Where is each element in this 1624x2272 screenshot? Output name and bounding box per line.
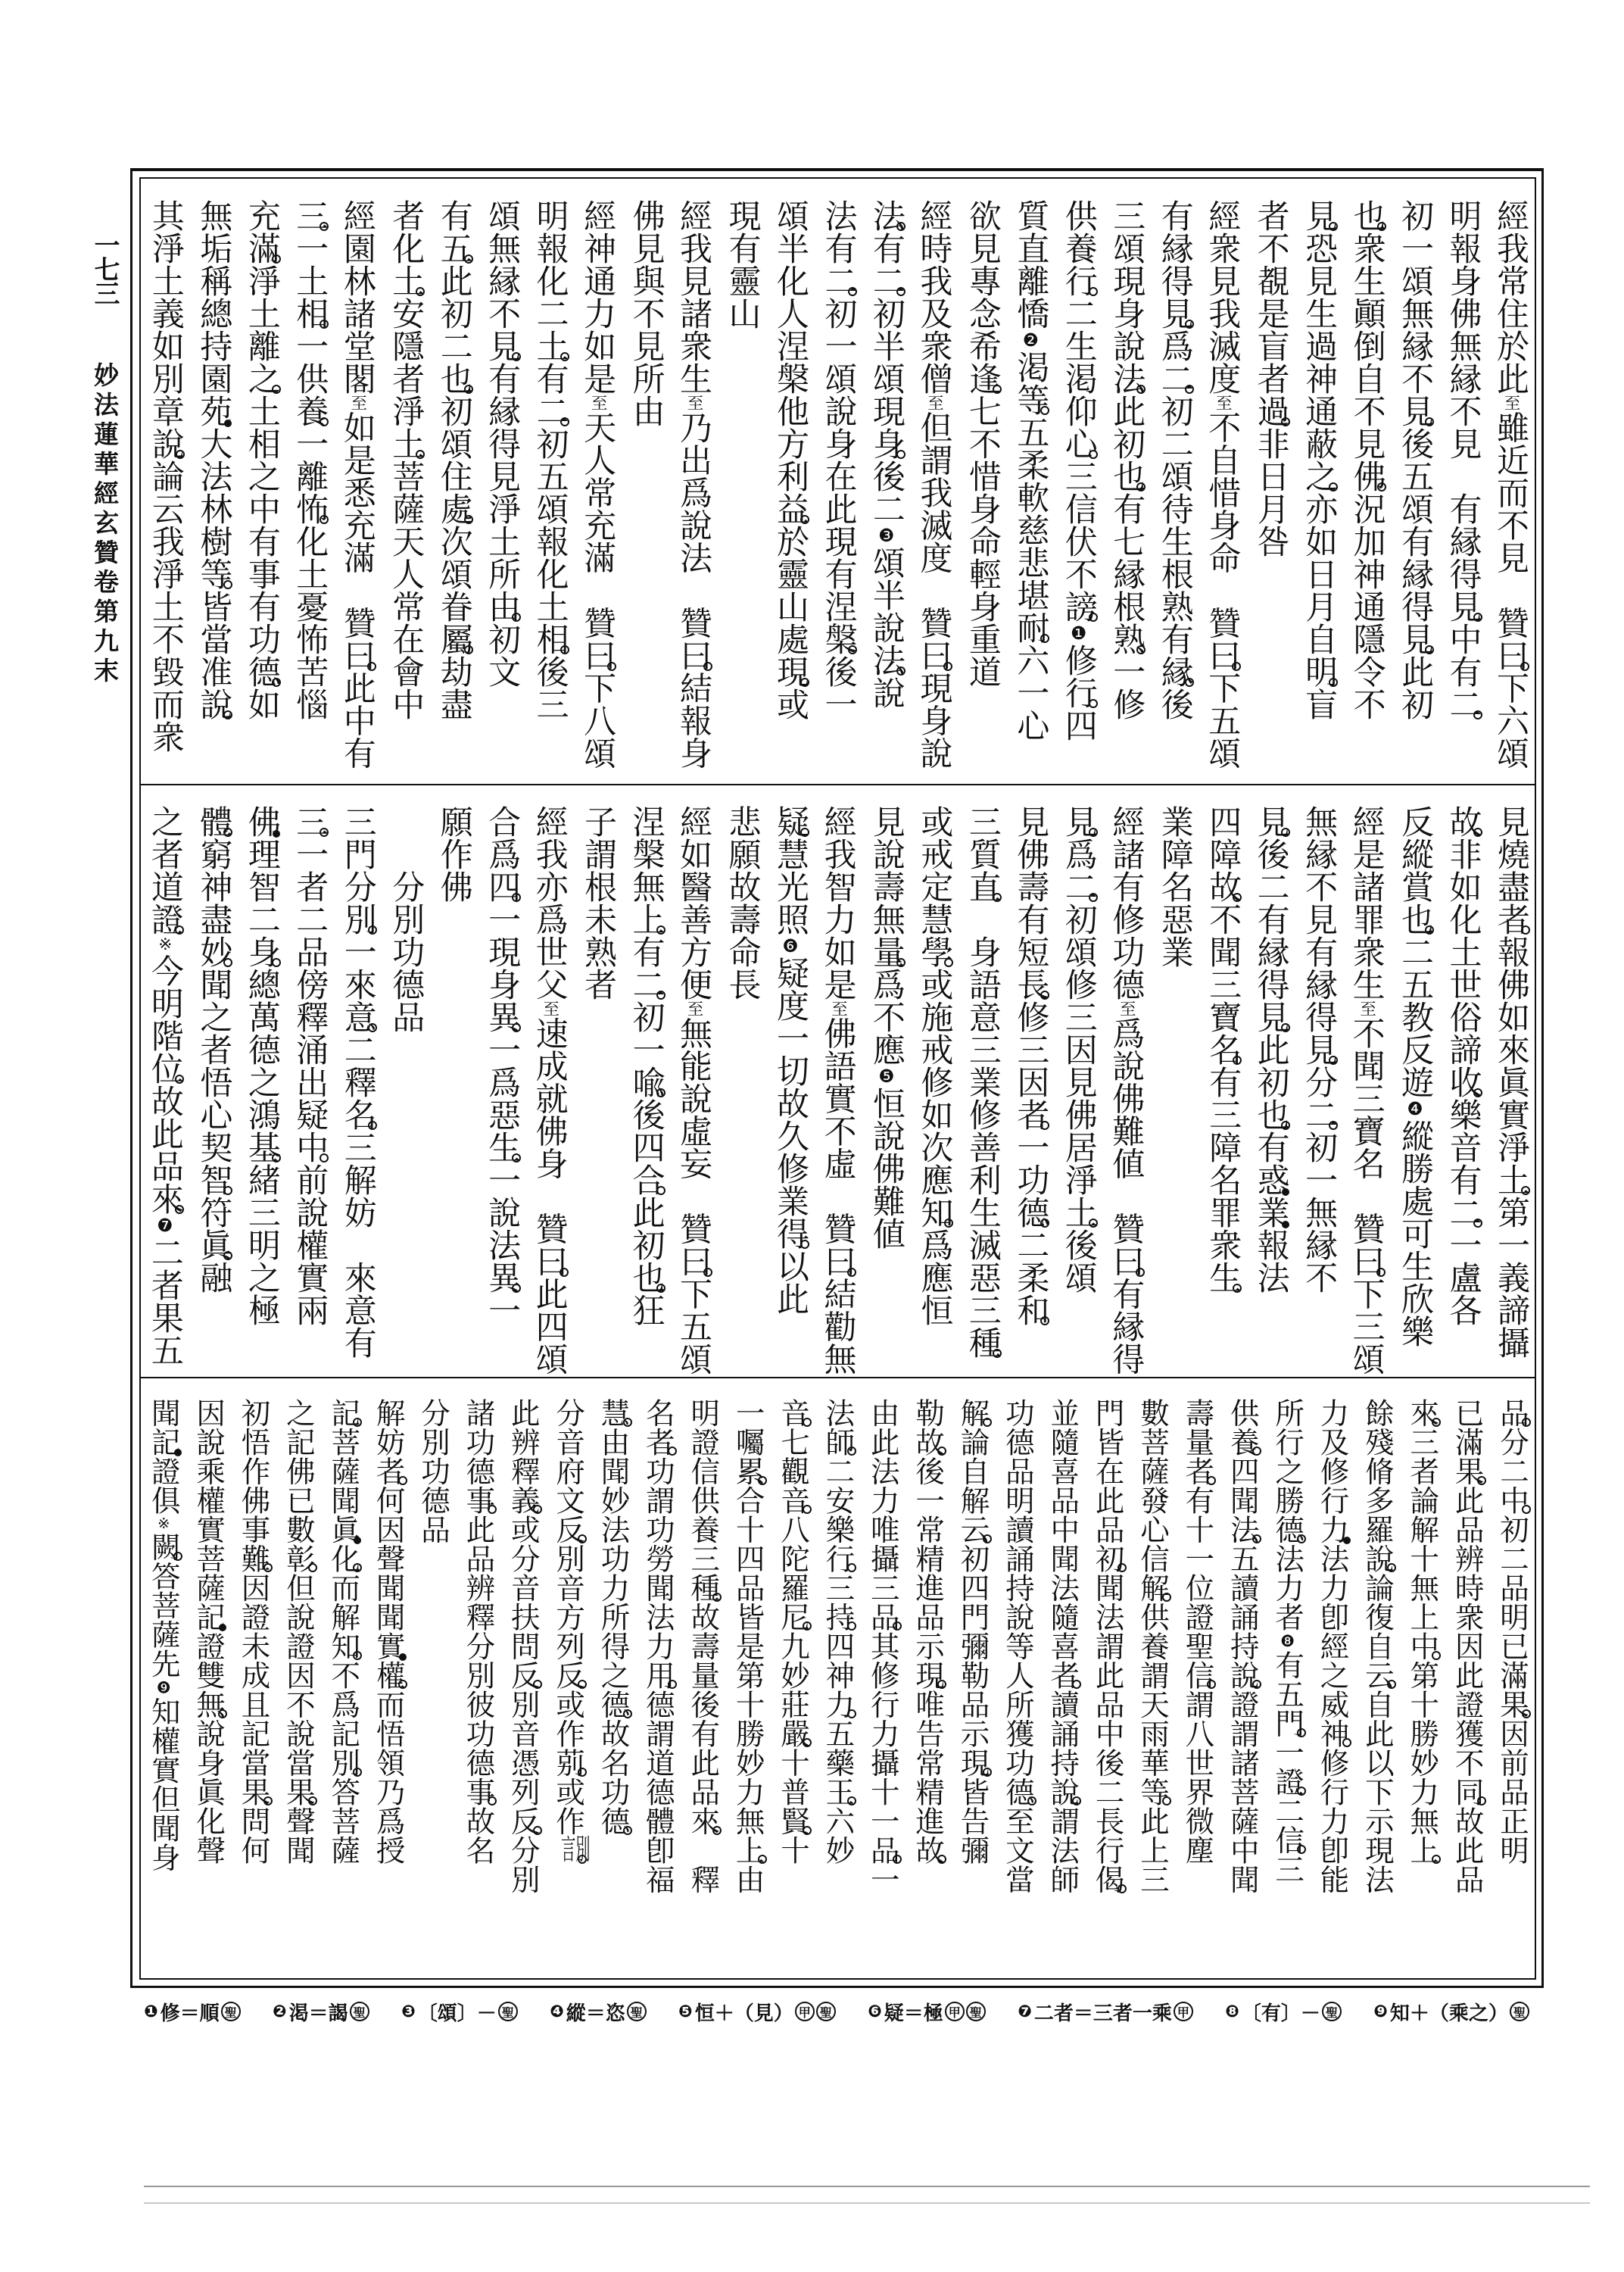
- text-column: 子謂根未熟者: [574, 805, 622, 1377]
- text-column: 明報化二土。有二。初五頌報化土相。後三: [525, 199, 573, 784]
- text-column: 壽量者。有十一位證聖信。謂八世界微塵: [1175, 1398, 1220, 1977]
- footnote-marker: ❻: [780, 935, 801, 957]
- text-column: 之者道證。※今明階位。故此品來。❼二者果五: [141, 805, 189, 1377]
- text-column: 功德品明讀誦持說等人所獲功德。至文當: [996, 1398, 1040, 1977]
- text-column: 疑。慧光照❻疑度一切故久修業得。以此: [766, 805, 814, 1377]
- footnote-number: ❶: [144, 2002, 158, 2021]
- footnote-marker: ❺: [876, 1066, 897, 1087]
- text-column: 明報身佛無縁不見 有縁得見。中有二。: [1439, 199, 1486, 784]
- text-column: 有縁得見。爲二。初二頌待生根熟有縁。後: [1150, 199, 1198, 784]
- abbreviation-mark: 至: [828, 1000, 847, 1017]
- text-column: 經園林諸堂閣至如是悉充滿 贊曰。此中有: [333, 199, 381, 784]
- footnote: ❼ 二者＝三者一乘 甲: [1018, 1998, 1193, 2026]
- text-column: 見燒盡者。報佛如來眞實淨土。第一義諦攝: [1487, 805, 1535, 1377]
- text-column: 餘殘脩多羅說。論復自云。自此以下示現法: [1355, 1398, 1400, 1977]
- abbreviation-mark: 至: [588, 395, 607, 411]
- text-column: 反縱賞也。二五教反遊❹縱勝處可生欣樂: [1391, 805, 1439, 1377]
- text-column: 經我亦爲世父至速成就佛身 贊曰。此四頌: [525, 805, 573, 1377]
- text-column: 經如醫善方便至無能說虛妄 贊曰。下五頌: [670, 805, 718, 1377]
- text-column: 經諸有修功德至爲說佛難値 贊曰。有縁得: [1102, 805, 1150, 1377]
- footnote-marker: ❼: [154, 1215, 176, 1236]
- chapter-heading: 分別功德品: [382, 805, 429, 1377]
- text-column: 有五。此初二也。初頌住處。次頌眷屬。劫盡: [429, 199, 477, 784]
- scan-artifact-line: [144, 2186, 1590, 2187]
- text-column: 音。七觀音。八陀羅尼。九妙莊嚴。十普賢。十: [771, 1398, 815, 1977]
- text-column: 見說壽無量。爲不應❺恒說佛難値: [862, 805, 909, 1377]
- text-column: 者化土。安隱者淨土。菩薩天人常在會中: [382, 199, 429, 784]
- register-middle: 見燒盡者。報佛如來眞實淨土。第一義諦攝 故。非如化土世俗諦收。樂音有二。一盧各 …: [141, 785, 1535, 1377]
- text-column: 合爲四。一現身異。一爲惡生。一說法異。一: [478, 805, 525, 1377]
- footnote-text: 修＝順: [161, 1998, 220, 2026]
- text-column: 欲見專念希逢。七不惜身命輕身重道: [958, 199, 1005, 784]
- footnote: ❻ 疑＝極 甲 聖: [868, 1998, 986, 2026]
- text-column: 名者。功謂功勞聞法力用。德謂道德體卽福: [636, 1398, 681, 1977]
- footnote-text: 渇＝謁: [289, 1998, 348, 2026]
- text-column: 一囑累。合十四品皆是第十勝妙力無上。由: [725, 1398, 770, 1977]
- text-column: 諸功德事。此品辨釋分別彼功德事。故名: [456, 1398, 500, 1977]
- text-column: 故。非如化土世俗諦收。樂音有二。一盧各: [1439, 805, 1486, 1377]
- text-column: 分音府文反。別音方列反。或作莂。或作言別。: [546, 1398, 591, 1977]
- edition-badge: 聖: [816, 2002, 836, 2021]
- text-column: 力及修行力・法力卽經之威神。修行力卽能: [1310, 1398, 1354, 1977]
- text-column: 頌無縁不見。有縁得見淨土所由。初文: [478, 199, 525, 784]
- text-column: 經衆見我滅度至不自惜身命 贊曰。下五頌: [1199, 199, 1246, 784]
- text-column: 質直離憍❷渇等。五柔軟慈悲堪耐。六一心: [1006, 199, 1054, 784]
- text-column: 見。恐見生過神通蔽之。亦如日月自明。盲: [1295, 199, 1342, 784]
- text-column: 初悟作佛事難。因證未成且記當果。問何: [231, 1398, 276, 1977]
- text-column: 經是諸罪衆生至不聞三寶名 贊曰。下三頌: [1342, 805, 1390, 1377]
- text-column: 門皆在此品初。聞法謂此品中後二長行偈。: [1085, 1398, 1130, 1977]
- scan-artifact-line: [144, 2202, 1590, 2204]
- abbreviation-mark: 至: [541, 1000, 560, 1017]
- text-column: 初一頌無縁不見。後五頌有縁得見。此初: [1391, 199, 1439, 784]
- text-column: 三門分別。一來意。二釋名。三解妨 來意有: [333, 805, 381, 1377]
- text-column: 勒故。後一常精進品示現。唯告常精進故。: [906, 1398, 950, 1977]
- text-column: 無垢稱總持園苑・大法林樹等。皆當准說。: [189, 199, 237, 784]
- text-column: 三頌現身說法。此初也。有七縁根熟。一修: [1102, 199, 1150, 784]
- scanned-page: 一七三 妙法蓮華經玄贊卷第九末 經我常住於此至雖近而不見 贊曰。下六頌 明報身佛…: [0, 0, 1624, 2272]
- footnote-marker: ❷: [1020, 329, 1041, 351]
- edition-badge: 甲: [945, 2002, 965, 2021]
- running-title: 妙法蓮華經玄贊卷第九末: [89, 362, 120, 687]
- text-column: 佛見與不見所由: [622, 199, 669, 784]
- text-column: 法。有二。初半頌現身。後二❸頌半說法。說: [862, 199, 909, 784]
- text-column: 其淨土義如別章說。論云我淨土不毀而衆: [141, 199, 189, 784]
- footnote-number: ❸: [401, 2002, 416, 2021]
- abbreviation-mark: 至: [924, 395, 943, 411]
- text-column: 來。三者論解十無上中。第十勝妙力無上。: [1400, 1398, 1445, 1977]
- footnote: ❶ 修＝順 聖: [144, 1998, 241, 2026]
- text-column: 因說乘權實菩薩記・證雙無。說身眞化聲: [186, 1398, 231, 1977]
- footnote: ❽ 〔有〕－ 聖: [1225, 1998, 1342, 2026]
- text-column: 由此法力唯攝三品。其修行力攝十一品。一: [860, 1398, 905, 1977]
- text-column: 數菩薩發心信解。供養謂天雨華等。此上三: [1130, 1398, 1175, 1977]
- abbreviation-mark: 至: [684, 1000, 703, 1017]
- footnote-marker: ❽: [1278, 1631, 1297, 1650]
- text-column: 三。一土相。一供養。一離怖。化土憂怖苦惱: [285, 199, 333, 784]
- footnote-text: 〔有〕－: [1242, 1998, 1320, 2026]
- text-column: 經我智力如是至佛語實不虛 贊曰。結勸無: [814, 805, 862, 1377]
- footnote-text: 知＋（乘之）: [1390, 1998, 1508, 2026]
- text-column: 經神通力如是至天人常充滿 贊曰。下八頌: [574, 199, 622, 784]
- footnote: ❾ 知＋（乘之） 聖: [1373, 1998, 1529, 2026]
- abbreviation-mark: 至: [1501, 395, 1520, 411]
- register-top: 經我常住於此至雖近而不見 贊曰。下六頌 明報身佛無縁不見 有縁得見。中有二。 初…: [141, 179, 1535, 784]
- edition-badge: 聖: [350, 2002, 369, 2021]
- footnote-number: ❽: [1225, 2002, 1239, 2021]
- register-bottom: 品。分二中。初二品明已滿果。因前品正明 已滿果。此品辨時衆因此證獲不同。故此品 …: [141, 1378, 1535, 1977]
- text-column: 法師。二安樂行。三持。四神力。五藥王。六妙: [815, 1398, 860, 1977]
- text-column: 此辨釋義。或分音扶問反。別音憑列反。分別: [500, 1398, 545, 1977]
- abbreviation-mark: 至: [1213, 395, 1232, 411]
- abbreviation-mark: 至: [1117, 1000, 1136, 1017]
- text-column: 充滿。淨土離之。土相之中有事有功德。如: [237, 199, 285, 784]
- edition-badge: 聖: [966, 2002, 986, 2021]
- text-column: 者不覩是盲者過。非日月咎: [1246, 199, 1294, 784]
- footnote-marker: ❹: [1404, 1098, 1426, 1119]
- text-column: 見。爲二。初頌修三因見佛居淨土。後頌: [1054, 805, 1102, 1377]
- footnote-text: 恒＋（見）: [695, 1998, 793, 2026]
- text-column: 無縁不見有縁得見。分二。初一無縁不: [1295, 805, 1342, 1377]
- footnote-number: ❺: [678, 2002, 693, 2021]
- text-column: 佛・理智二身。總萬德之鴻基。緒三明之極: [237, 805, 285, 1377]
- text-column: 記。菩薩聞眞・化。而解知。不爲記別。答菩薩: [321, 1398, 366, 1977]
- footnote-text: 縱＝恣: [566, 1998, 625, 2026]
- text-column: 之記佛已數彰。但說證因不說當果。聲聞: [276, 1398, 321, 1977]
- text-column: 三質直。 身語意三業修善利生滅惡三種。: [958, 805, 1005, 1377]
- edition-badge: 甲: [1174, 2002, 1193, 2021]
- abbreviation-mark: 至: [684, 395, 703, 411]
- text-column: 見佛壽有短長。修三因者。一功德。二柔和。: [1006, 805, 1054, 1377]
- text-column: 頌半化人涅槃他方利益。於靈山處現。或: [766, 199, 814, 784]
- edition-badge: 聖: [1322, 2002, 1342, 2021]
- footnote-number: ❼: [1018, 2002, 1032, 2021]
- text-column: 並隨喜品中聞法隨喜者。讀誦持說。謂法師: [1040, 1398, 1085, 1977]
- text-column: 涅槃無上。有二。初一喩。後四合。此初也。狂: [622, 805, 669, 1377]
- text-column: 三。一者二品傍釋涌出疑中。前說權實兩: [285, 805, 333, 1377]
- text-column: 見。後二有縁得見。此初也。有惑・業・報法: [1246, 805, 1294, 1377]
- footnotes-bar: ❶ 修＝順 聖 ❷ 渇＝謁 聖 ❸ 〔頌〕－ 聖 ❹ 縱＝恣 聖 ❺ 恒＋（見）…: [144, 1996, 1529, 2027]
- reference-mark: ※: [155, 1515, 173, 1532]
- footnote: ❷ 渇＝謁 聖: [273, 1998, 369, 2026]
- text-column: 解。論自解云。初四門彌勒品示現。皆告彌: [950, 1398, 995, 1977]
- edition-badge: 聖: [1510, 2002, 1529, 2021]
- footnote-number: ❹: [550, 2002, 564, 2021]
- footnote-number: ❾: [1373, 2002, 1388, 2021]
- text-column: 體。窮神盡妙。聞之者悟心契智。符眞。融: [189, 805, 237, 1377]
- text-column: 或戒定慧學。或施戒修如次應知。爲應恒: [910, 805, 958, 1377]
- footnote-marker: ❸: [876, 525, 897, 546]
- footnote-number: ❷: [273, 2002, 287, 2021]
- text-column: 慧。由聞妙法功力所得之德。故名功德。: [591, 1398, 635, 1977]
- footnote: ❸ 〔頌〕－ 聖: [401, 1998, 518, 2026]
- text-column: 悲願故壽命長: [718, 805, 765, 1377]
- reference-mark: ※: [156, 935, 175, 954]
- text-column: 經時我及衆僧至但謂我滅度 贊曰。現身說: [910, 199, 958, 784]
- text-column: 解妨者。何因聲聞聞實・權。而悟領乃爲授: [366, 1398, 410, 1977]
- footnote-marker: ❶: [1068, 623, 1089, 644]
- footnote-text: 疑＝極: [884, 1998, 943, 2026]
- text-column: 也。衆生顚倒自不見佛。況加神通隱令不: [1342, 199, 1390, 784]
- text-column: 現有靈山: [718, 199, 765, 784]
- text-column: 聞記・證俱※闕。答菩薩先❾知權實但聞身: [141, 1398, 185, 1977]
- text-column: 所行之勝德。法力者❽有五門。一證。二信。三: [1265, 1398, 1310, 1977]
- text-column: 四障故。不聞三寶名。有三障名罪衆生。: [1199, 805, 1246, 1377]
- abbreviation-mark: 至: [1357, 1000, 1376, 1017]
- page-number: 一七三: [89, 232, 120, 304]
- abbreviation-mark: 至: [348, 395, 367, 411]
- footnote-text: 二者＝三者一乘: [1034, 1998, 1172, 2026]
- footnote-number: ❻: [868, 2002, 882, 2021]
- text-column: 明證信供養三種。故壽量後有此品來。 釋: [681, 1398, 725, 1977]
- footnote: ❹ 縱＝恣 聖: [550, 1998, 647, 2026]
- text-column: 供養。四聞法。五讀誦持說。證謂諸菩薩中聞: [1220, 1398, 1264, 1977]
- footnote: ❺ 恒＋（見） 甲 聖: [678, 1998, 836, 2026]
- edition-badge: 聖: [221, 2002, 241, 2021]
- text-column: 經我常住於此至雖近而不見 贊曰。下六頌: [1487, 199, 1535, 784]
- edition-badge: 甲: [795, 2002, 815, 2021]
- text-column: 經我見諸衆生至乃出爲說法 贊曰。結報身: [670, 199, 718, 784]
- text-column: 品。分二中。初二品明已滿果。因前品正明: [1490, 1398, 1535, 1977]
- text-column: 願作佛: [429, 805, 477, 1377]
- text-column: 已滿果。此品辨時衆因此證獲不同。故此品: [1445, 1398, 1489, 1977]
- edition-badge: 聖: [498, 2002, 518, 2021]
- text-column: 供養行。二生渇仰心。三信伏不謗。❶修行。四: [1054, 199, 1102, 784]
- text-column: 業障名惡業: [1150, 805, 1198, 1377]
- chapter-title-column: 分別功德品: [411, 1398, 456, 1977]
- footnote-text: 〔頌〕－: [418, 1998, 497, 2026]
- footnote-marker: ❾: [154, 1678, 173, 1697]
- edition-badge: 聖: [627, 2002, 647, 2021]
- text-column: 法有二。初一頌說身在此現有涅槃。後一: [814, 199, 862, 784]
